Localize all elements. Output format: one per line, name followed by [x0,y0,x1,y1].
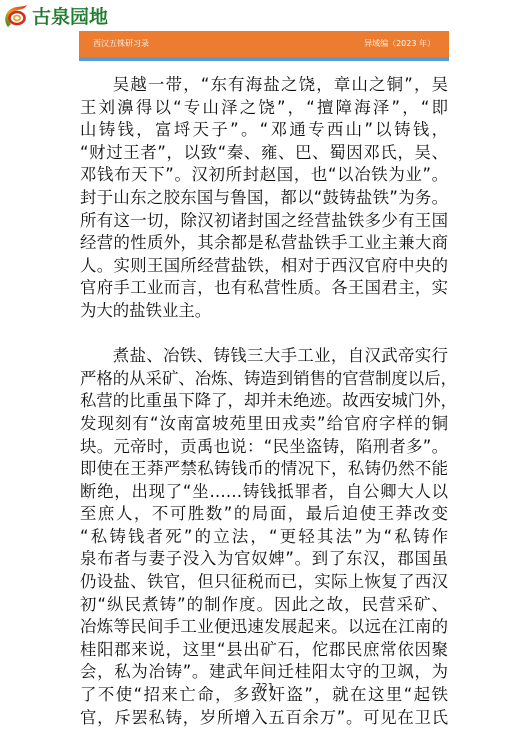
text-line: “财过王者”，以致“秦、雍、巴、蜀因邓氏，吴、 [80,142,448,165]
text-line: 至庶人，不可胜数”的局面，最后迫使王莽改变 [80,503,448,526]
text-line: 泉布者与妻子没入为官奴婢”。到了东汉，郡国虽 [80,548,448,571]
text-line: 邓钱布天下”。汉初所封赵国，也“以冶铁为业”。 [80,164,448,187]
paragraph-2: 煮盐、冶铁、铸钱三大手工业，自汉武帝实行 严格的从采矿、冶炼、铸造到销售的官营制… [80,345,448,729]
text-line: 初“纵民煮铸”的制作度。因此之故，民营采矿、 [80,594,448,617]
text-line: 即使在王莽严禁私铸钱币的情况下，私铸仍然不能 [80,458,448,481]
text-line: 冶炼等民间手工业便迅速发展起来。以远在江南的 [80,616,448,639]
text-line: 所有这一切，除汉初诸封国之经营盐铁多少有王国 [80,210,448,233]
text-line: 私营的比重虽下降了，却并未绝迹。故西安城门外， [80,390,448,413]
text-line: 山铸钱，富埒天子”。“邓通专西山”以铸钱， [80,119,448,142]
text-line: 块。元帝时，贡禹也说：“民坐盗铸，陷刑者多”。 [80,436,448,459]
header-accent-strip [79,57,449,61]
text-line: 严格的从采矿、冶炼、铸造到销售的官营制度以后， [80,368,448,391]
text-line: 仍设盐、铁官，但只征税而已，实际上恢复了西汉 [80,571,448,594]
book-title: 西汉五铢研习录 [93,31,149,57]
swirl-logo-icon [2,3,30,31]
page-number: 721 [0,682,529,693]
document-body: 吴越一带，“东有海盐之饶，章山之铜”，吴 王刘濞得以“专山泽之饶”，“擅障海泽”… [80,74,448,729]
section-title: 异域编（2023 年） [364,31,435,57]
text-line: 为大的盐铁业主。 [80,300,448,323]
text-line: 煮盐、冶铁、铸钱三大手工业，自汉武帝实行 [80,345,448,368]
text-line: 人。实则王国所经营盐铁，相对于西汉官府中央的 [80,255,448,278]
text-line: 王刘濞得以“专山泽之饶”，“擅障海泽”，“即 [80,97,448,120]
paragraph-1: 吴越一带，“东有海盐之饶，章山之铜”，吴 王刘濞得以“专山泽之饶”，“擅障海泽”… [80,74,448,323]
text-line: 封于山东之胶东国与鲁国，都以“鼓铸盐铁”为务。 [80,187,448,210]
text-line: “私铸钱者死”的立法，“更轻其法”为“私铸作 [80,526,448,549]
text-line: 会，私为冶铸”。建武年间迁桂阳太守的卫飒，为 [80,661,448,684]
site-logo: 古泉园地 [2,3,108,31]
text-line: 官府手工业而言，也有私营性质。各王国君主，实 [80,277,448,300]
text-line: 经营的性质外，其余都是私营盐铁手工业主兼大商 [80,232,448,255]
text-line: 发现刻有“汝南富坡苑里田戎卖”给官府字样的铜 [80,413,448,436]
document-header-bar: 西汉五铢研习录 异域编（2023 年） [79,31,449,57]
text-line: 吴越一带，“东有海盐之饶，章山之铜”，吴 [80,74,448,97]
text-line: 桂阳郡来说，这里“县出矿石，佗郡民庶常依因聚 [80,639,448,662]
logo-text: 古泉园地 [32,3,108,31]
text-line: 断绝，出现了“坐……铸钱抵罪者，自公卿大人以 [80,481,448,504]
text-line: 官，斥罢私铸，岁所增入五百余万”。可见在卫氏 [80,707,448,730]
